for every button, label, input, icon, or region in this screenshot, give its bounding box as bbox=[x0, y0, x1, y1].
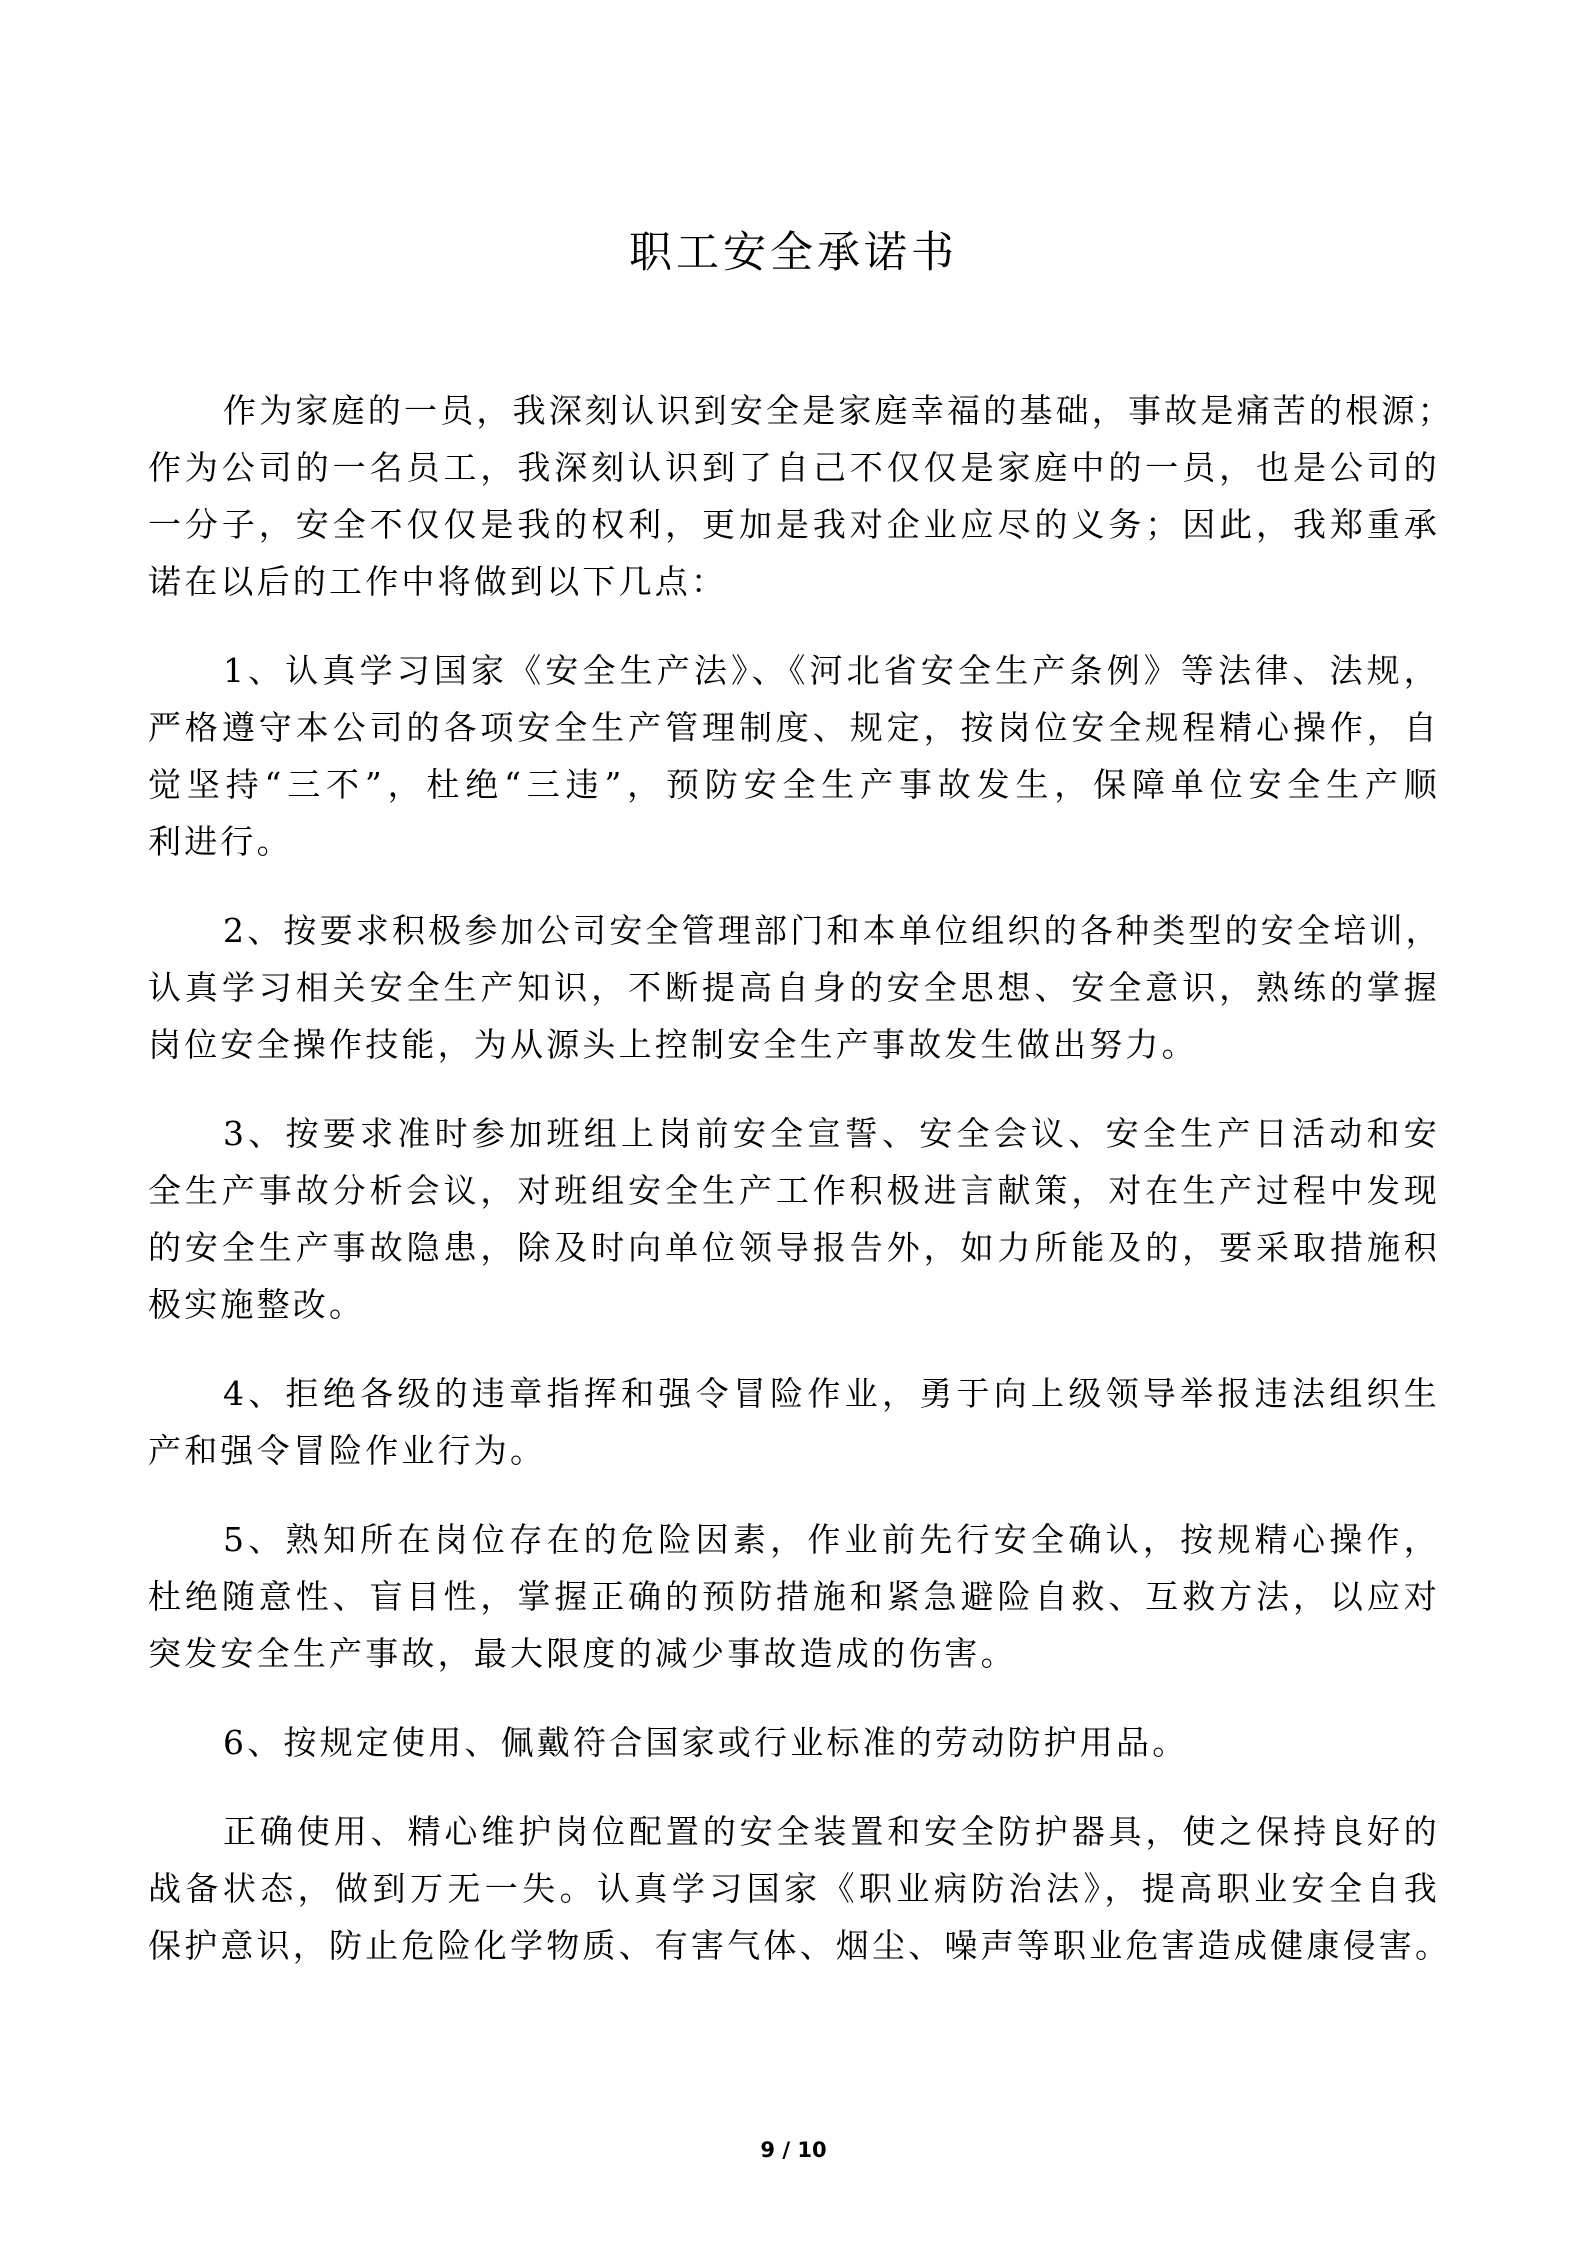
paragraph-line: 1、认真学习国家《安全生产法》、《河北省安全生产条例》等法律、法规， bbox=[148, 642, 1440, 699]
paragraph-line: 4、拒绝各级的违章指挥和强令冒险作业，勇于向上级领导举报违法组织生 bbox=[148, 1365, 1440, 1422]
paragraph-line: 保护意识，防止危险化学物质、有害气体、烟尘、噪声等职业危害造成健康侵害。 bbox=[148, 1917, 1440, 1974]
commitment-item-4: 4、拒绝各级的违章指挥和强令冒险作业，勇于向上级领导举报违法组织生 产和强令冒险… bbox=[148, 1365, 1448, 1479]
commitment-item-5: 5、熟知所在岗位存在的危险因素，作业前先行安全确认，按规精心操作， 杜绝随意性、… bbox=[148, 1511, 1448, 1682]
paragraph-line: 正确使用、精心维护岗位配置的安全装置和安全防护器具，使之保持良好的 bbox=[148, 1803, 1440, 1860]
paragraph-line: 极实施整改。 bbox=[148, 1276, 1440, 1333]
paragraph-line: 一分子，安全不仅仅是我的权利，更加是我对企业应尽的义务；因此，我郑重承 bbox=[148, 496, 1440, 553]
paragraph-line: 2、按要求积极参加公司安全管理部门和本单位组织的各种类型的安全培训， bbox=[148, 902, 1440, 959]
paragraph-line: 6、按规定使用、佩戴符合国家或行业标准的劳动防护用品。 bbox=[148, 1714, 1440, 1771]
paragraph-line: 战备状态，做到万无一失。认真学习国家《职业病防治法》，提高职业安全自我 bbox=[148, 1860, 1440, 1917]
paragraph-line: 3、按要求准时参加班组上岗前安全宣誓、安全会议、安全生产日活动和安 bbox=[148, 1105, 1440, 1162]
paragraph-line: 觉坚持“三不”，杜绝“三违”，预防安全生产事故发生，保障单位安全生产顺 bbox=[148, 756, 1440, 813]
paragraph-line: 突发安全生产事故，最大限度的减少事故造成的伤害。 bbox=[148, 1625, 1440, 1682]
paragraph-line: 5、熟知所在岗位存在的危险因素，作业前先行安全确认，按规精心操作， bbox=[148, 1511, 1440, 1568]
paragraph-line: 认真学习相关安全生产知识，不断提高自身的安全思想、安全意识，熟练的掌握 bbox=[148, 959, 1440, 1016]
paragraph-line: 利进行。 bbox=[148, 813, 1440, 870]
document-body: 作为家庭的一员，我深刻认识到安全是家庭幸福的基础，事故是痛苦的根源； 作为公司的… bbox=[148, 382, 1448, 2006]
paragraph-line: 全生产事故分析会议，对班组安全生产工作积极进言献策，对在生产过程中发现 bbox=[148, 1162, 1440, 1219]
paragraph-line: 作为公司的一名员工，我深刻认识到了自己不仅仅是家庭中的一员，也是公司的 bbox=[148, 439, 1440, 496]
paragraph-line: 的安全生产事故隐患，除及时向单位领导报告外，如力所能及的，要采取措施积 bbox=[148, 1219, 1440, 1276]
paragraph-line: 作为家庭的一员，我深刻认识到安全是家庭幸福的基础，事故是痛苦的根源； bbox=[148, 382, 1440, 439]
protective-equipment-paragraph: 正确使用、精心维护岗位配置的安全装置和安全防护器具，使之保持良好的 战备状态，做… bbox=[148, 1803, 1448, 1974]
paragraph-line: 杜绝随意性、盲目性，掌握正确的预防措施和紧急避险自救、互救方法，以应对 bbox=[148, 1568, 1440, 1625]
page-number: 9 / 10 bbox=[0, 2135, 1587, 2165]
document-page: 职工安全承诺书 作为家庭的一员，我深刻认识到安全是家庭幸福的基础，事故是痛苦的根… bbox=[0, 0, 1587, 2245]
document-title: 职工安全承诺书 bbox=[0, 225, 1587, 281]
commitment-item-1: 1、认真学习国家《安全生产法》、《河北省安全生产条例》等法律、法规， 严格遵守本… bbox=[148, 642, 1448, 870]
paragraph-line: 岗位安全操作技能，为从源头上控制安全生产事故发生做出努力。 bbox=[148, 1016, 1440, 1073]
commitment-item-6: 6、按规定使用、佩戴符合国家或行业标准的劳动防护用品。 bbox=[148, 1714, 1448, 1771]
paragraph-line: 严格遵守本公司的各项安全生产管理制度、规定，按岗位安全规程精心操作，自 bbox=[148, 699, 1440, 756]
paragraph-line: 产和强令冒险作业行为。 bbox=[148, 1422, 1440, 1479]
commitment-item-3: 3、按要求准时参加班组上岗前安全宣誓、安全会议、安全生产日活动和安 全生产事故分… bbox=[148, 1105, 1448, 1333]
paragraph-line: 诺在以后的工作中将做到以下几点： bbox=[148, 553, 1440, 610]
intro-paragraph: 作为家庭的一员，我深刻认识到安全是家庭幸福的基础，事故是痛苦的根源； 作为公司的… bbox=[148, 382, 1448, 610]
commitment-item-2: 2、按要求积极参加公司安全管理部门和本单位组织的各种类型的安全培训， 认真学习相… bbox=[148, 902, 1448, 1073]
